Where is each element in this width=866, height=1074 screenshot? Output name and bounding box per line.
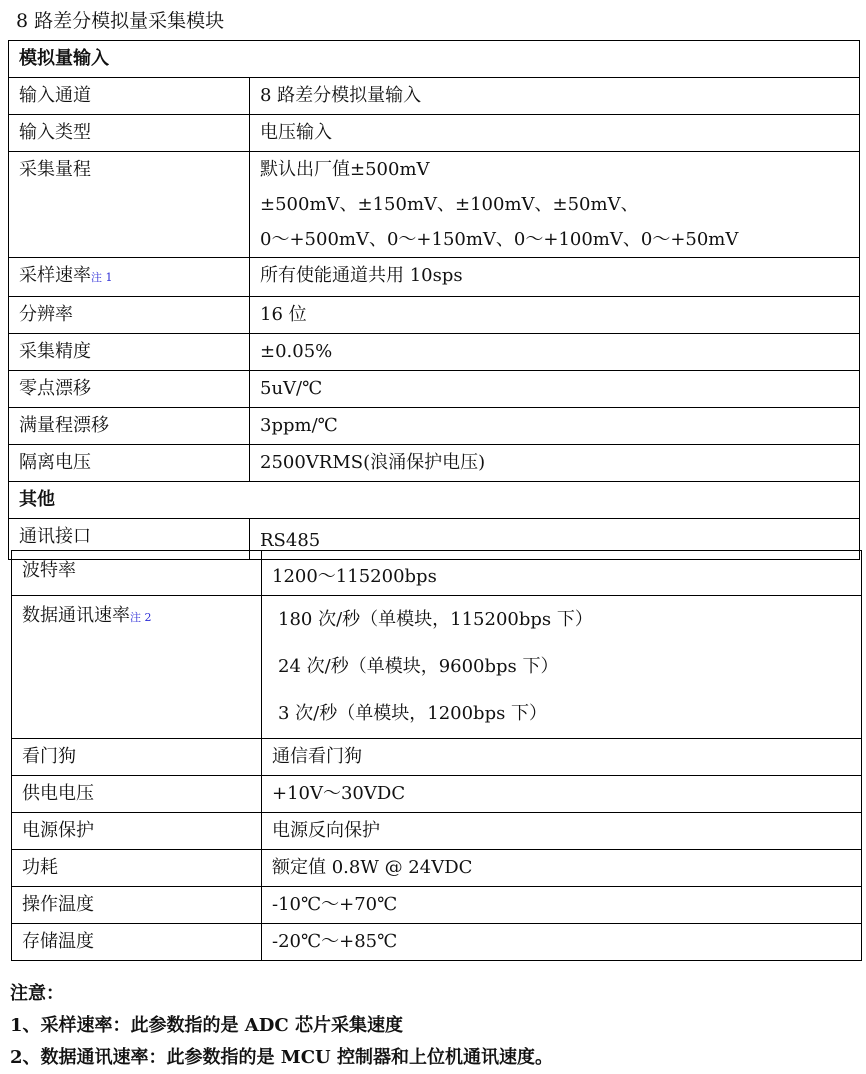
table-row: 采集量程 默认出厂值±500mV ±500mV、±150mV、±100mV、±5… [9, 152, 860, 258]
row-label: 数据通讯速率 [22, 605, 130, 626]
row-label: 零点漂移 [9, 371, 250, 408]
table-row: 采样速率注 1 所有使能通道共用 10sps [9, 258, 860, 297]
row-value: 额定值 0.8W @ 24VDC [262, 850, 862, 887]
table-row: 采集精度 ±0.05% [9, 334, 860, 371]
row-label: 看门狗 [12, 739, 262, 776]
table-row: 数据通讯速率注 2 180 次/秒（单模块，115200bps 下） 24 次/… [12, 596, 862, 739]
row-value: 5uV/℃ [250, 371, 860, 408]
row-value: 所有使能通道共用 10sps [250, 258, 860, 297]
table-row: 功耗 额定值 0.8W @ 24VDC [12, 850, 862, 887]
row-label: 波特率 [12, 551, 262, 596]
spec-table-other: 波特率 1200～115200bps 数据通讯速率注 2 180 次/秒（单模块… [11, 550, 862, 961]
row-label-cell: 采样速率注 1 [9, 258, 250, 297]
row-value: 通信看门狗 [262, 739, 862, 776]
row-label: 满量程漂移 [9, 408, 250, 445]
row-value-multiline: 180 次/秒（单模块，115200bps 下） 24 次/秒（单模块，9600… [262, 596, 862, 739]
row-label: 分辨率 [9, 297, 250, 334]
notes-heading: 注意： [10, 978, 553, 1010]
table-row: 隔离电压 2500VRMS(浪涌保护电压) [9, 445, 860, 482]
row-value: +10V～30VDC [262, 776, 862, 813]
value-line: 默认出厂值±500mV [260, 152, 859, 187]
row-label-cell: 数据通讯速率注 2 [12, 596, 262, 739]
table-row: 供电电压 +10V～30VDC [12, 776, 862, 813]
row-label: 输入通道 [9, 78, 250, 115]
value-line: 24 次/秒（单模块，9600bps 下） [272, 643, 861, 690]
note-item: 2、数据通讯速率：此参数指的是 MCU 控制器和上位机通讯速度。 [10, 1042, 553, 1074]
document-title: 8 路差分模拟量采集模块 [16, 8, 224, 34]
row-value: -20℃～+85℃ [262, 924, 862, 961]
row-value: ±0.05% [250, 334, 860, 371]
value-line: ±500mV、±150mV、±100mV、±50mV、 [260, 187, 859, 222]
table-row: 波特率 1200～115200bps [12, 551, 862, 596]
section-header-row: 模拟量输入 [9, 41, 860, 78]
value-line: 0～+500mV、0～+150mV、0～+100mV、0～+50mV [260, 222, 859, 257]
row-value: 8 路差分模拟量输入 [250, 78, 860, 115]
spec-table-analog-input: 模拟量输入 输入通道 8 路差分模拟量输入 输入类型 电压输入 采集量程 默认出… [8, 40, 860, 560]
row-label: 操作温度 [12, 887, 262, 924]
footnote-marker: 注 2 [130, 611, 152, 624]
table-row: 存储温度 -20℃～+85℃ [12, 924, 862, 961]
row-label: 采集量程 [9, 152, 250, 258]
row-label: 采样速率 [19, 265, 91, 286]
row-label: 采集精度 [9, 334, 250, 371]
row-value: 3ppm/℃ [250, 408, 860, 445]
row-label: 功耗 [12, 850, 262, 887]
row-value: 1200～115200bps [262, 551, 862, 596]
row-label: 输入类型 [9, 115, 250, 152]
table-row: 操作温度 -10℃～+70℃ [12, 887, 862, 924]
notes-block: 注意： 1、采样速率：此参数指的是 ADC 芯片采集速度 2、数据通讯速率：此参… [10, 978, 553, 1074]
row-value: 2500VRMS(浪涌保护电压) [250, 445, 860, 482]
value-line: 3 次/秒（单模块，1200bps 下） [272, 690, 861, 737]
row-value: 16 位 [250, 297, 860, 334]
section-heading: 模拟量输入 [9, 41, 860, 78]
row-value-multiline: 默认出厂值±500mV ±500mV、±150mV、±100mV、±50mV、 … [250, 152, 860, 258]
table-row: 电源保护 电源反向保护 [12, 813, 862, 850]
value-line: 180 次/秒（单模块，115200bps 下） [272, 596, 861, 643]
row-label: 隔离电压 [9, 445, 250, 482]
table-row: 看门狗 通信看门狗 [12, 739, 862, 776]
table-row: 分辨率 16 位 [9, 297, 860, 334]
table-row: 输入通道 8 路差分模拟量输入 [9, 78, 860, 115]
row-label: 供电电压 [12, 776, 262, 813]
table-row: 满量程漂移 3ppm/℃ [9, 408, 860, 445]
row-value: -10℃～+70℃ [262, 887, 862, 924]
footnote-marker: 注 1 [91, 271, 113, 284]
table-row: 输入类型 电压输入 [9, 115, 860, 152]
table-row: 零点漂移 5uV/℃ [9, 371, 860, 408]
section-heading: 其他 [9, 482, 860, 519]
section-header-row: 其他 [9, 482, 860, 519]
row-value: 电源反向保护 [262, 813, 862, 850]
note-item: 1、采样速率：此参数指的是 ADC 芯片采集速度 [10, 1010, 553, 1042]
row-label: 电源保护 [12, 813, 262, 850]
row-label: 存储温度 [12, 924, 262, 961]
row-value: 电压输入 [250, 115, 860, 152]
